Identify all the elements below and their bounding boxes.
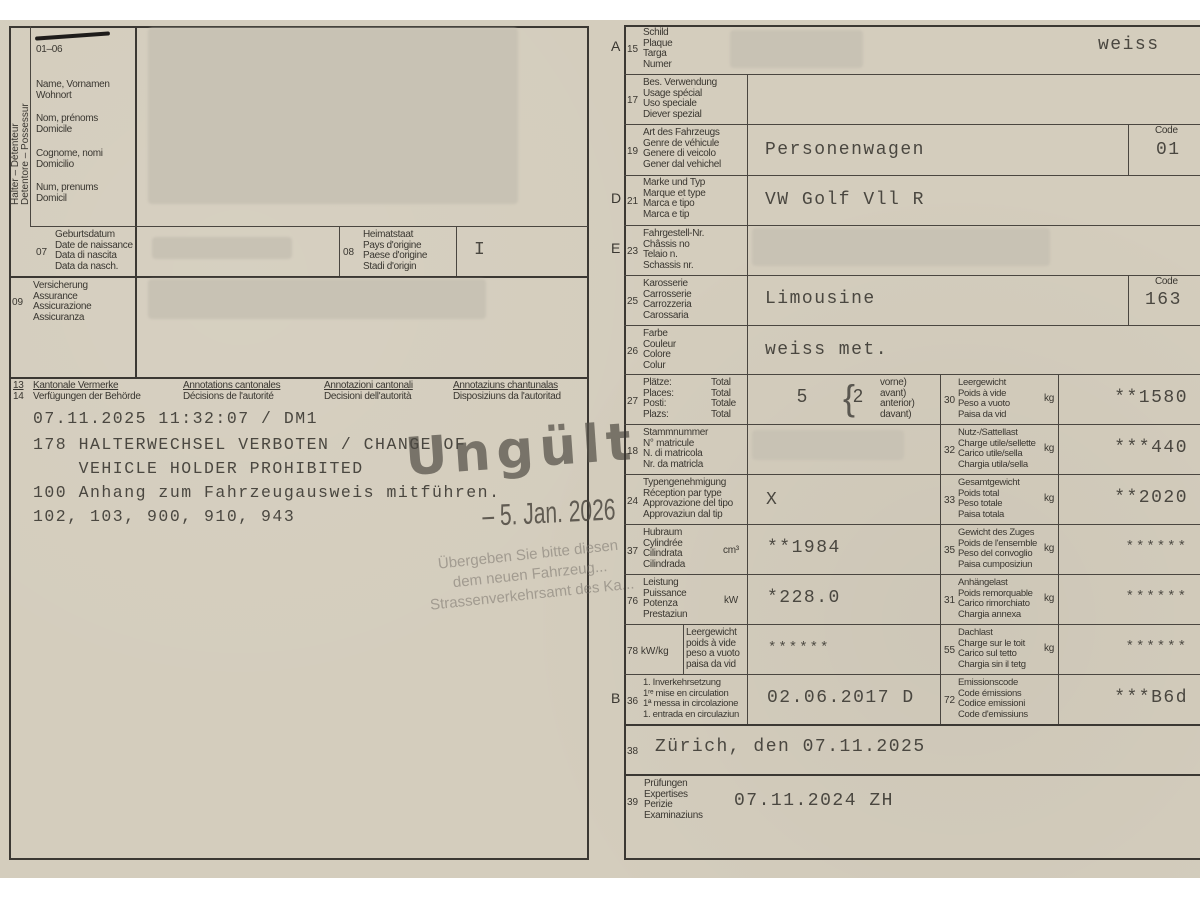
unit-label: kg [1044, 444, 1054, 455]
redacted-holder-name [148, 28, 518, 204]
field-code: 38 [627, 746, 638, 757]
field-code: 21 [627, 196, 638, 207]
inspections-value: 07.11.2024 ZH [734, 791, 894, 811]
birthdate-label: GeburtsdatumDate de naissance Data di na… [55, 230, 133, 272]
body-label: KarosserieCarrosserie CarrozzeriaCarossa… [643, 279, 691, 321]
divider [9, 276, 589, 278]
special-use-label: Bes. VerwendungUsage spécial Uso special… [643, 78, 717, 120]
annotation-header-fr: Annotations cantonalesDécisions de l'aut… [183, 381, 280, 402]
field-code: 19 [627, 146, 638, 157]
vehicle-type-value: Personenwagen [765, 140, 925, 160]
field-code: 25 [627, 296, 638, 307]
divider [624, 858, 1200, 860]
weight-field-label: EmissionscodeCode émissionsCodice emissi… [958, 678, 1028, 720]
redacted-chassis [752, 228, 1050, 266]
weight-field-value: ***440 [1114, 438, 1188, 458]
divider [9, 858, 589, 860]
weight-field-value: ****** [1126, 639, 1188, 655]
field-letter: B [611, 690, 620, 706]
divider [339, 226, 340, 276]
field-code: 35 [944, 545, 955, 556]
holder-side-label-it: Detentore – Possessur [21, 103, 31, 205]
divider [624, 25, 626, 860]
unit-label: kg [1044, 394, 1054, 405]
annotation-header-it: Annotazioni cantonaliDecisioni dell'auto… [324, 381, 413, 402]
type-approval-label: TypengenehmigungRéception par type Appro… [643, 478, 733, 520]
weight-field-value: **2020 [1114, 488, 1188, 508]
seats-total-label: TotalTotal TotaleTotal [711, 378, 736, 420]
field-code: 33 [944, 495, 955, 506]
redacted-birthdate [152, 237, 292, 259]
weight-field-label: DachlastCharge sur le toitCarico sul tet… [958, 628, 1026, 670]
chassis-label: Fahrgestell-Nr.Châssis no Telaio n.Schas… [643, 229, 704, 271]
annotation-line: 102, 103, 900, 910, 943 [33, 507, 295, 526]
divider [624, 25, 1200, 27]
field-code: 78 kW/kg [627, 646, 669, 657]
divider [30, 226, 588, 227]
seats-value: 5 [797, 386, 807, 407]
date-stamp: – 5. Jan. 2026 [482, 493, 616, 534]
annotation-line: 178 HALTERWECHSEL VERBOTEN / CHANGE OF [33, 435, 466, 454]
unit-label: kg [1044, 544, 1054, 555]
power-value: *228.0 [767, 588, 841, 608]
field-code: 26 [627, 346, 638, 357]
code-label: Code [1155, 277, 1178, 288]
field-letter: D [611, 190, 621, 206]
field-code: 32 [944, 445, 955, 456]
holder-label-rm: Num, prenumsDomicil [36, 183, 98, 204]
make-model-label: Marke und TypMarque et type Marca e tipo… [643, 178, 706, 220]
weight-field-label: AnhängelastPoids remorquableCarico rimor… [958, 578, 1033, 620]
origin-label: HeimatstaatPays d'origine Paese d'origin… [363, 230, 427, 272]
redacted-master-number [752, 430, 904, 460]
weight-field-value: **1580 [1114, 388, 1188, 408]
field-code: 72 [944, 695, 955, 706]
power-weight-label: Leergewichtpoids à vide peso a vuotopais… [686, 628, 740, 670]
color-value: weiss met. [765, 340, 888, 360]
first-registration-value: 02.06.2017 D [767, 688, 915, 708]
field-code: 39 [627, 797, 638, 808]
body-code: 163 [1145, 290, 1182, 310]
displacement-label: HubraumCylindrée CilindrataCilindrada [643, 528, 685, 570]
annotation-header-de: Kantonale VermerkeVerfügungen der Behörd… [33, 381, 141, 402]
field-code: 27 [627, 396, 638, 407]
divider [135, 26, 137, 377]
body-value: Limousine [765, 289, 876, 309]
annotation-line: 07.11.2025 11:32:07 / DM1 [33, 409, 318, 428]
weight-field-label: Nutz-/SattellastCharge utile/selletteCar… [958, 428, 1036, 470]
field-code: 31 [944, 595, 955, 606]
unit-label: kg [1044, 594, 1054, 605]
first-registration-label: 1. Inverkehrsetzung1ʳᵉ mise en circulati… [643, 678, 739, 720]
vehicle-type-label: Art des FahrzeugsGenre de véhicule Gener… [643, 128, 721, 170]
annotation-line: 100 Anhang zum Fahrzeugausweis mitführen… [33, 483, 500, 502]
weight-field-label: Gewicht des ZugesPoids de l'ensemblePeso… [958, 528, 1037, 570]
redacted-insurance [148, 279, 486, 319]
field-letter: E [611, 240, 620, 256]
insurance-label: VersicherungAssurance AssicurazioneAssic… [33, 281, 91, 323]
weight-field-label: LeergewichtPoids à videPeso a vuotoPaisa… [958, 378, 1010, 420]
field-code: 30 [944, 395, 955, 406]
front-seats-value: 2 [853, 386, 863, 407]
vehicle-type-code: 01 [1156, 140, 1181, 160]
holder-label-fr: Nom, prénomsDomicile [36, 114, 98, 135]
weight-field-label: GesamtgewichtPoids totalPeso totalePaisa… [958, 478, 1020, 520]
power-label: LeistungPuissance PotenzaPrestaziun [643, 578, 687, 620]
field-code: 23 [627, 246, 638, 257]
field-code: 18 [627, 446, 638, 457]
unit-label: kg [1044, 644, 1054, 655]
field-code: 09 [12, 297, 23, 308]
plate-label: SchildPlaque TargaNumer [643, 28, 672, 70]
section-label: 01–06 [36, 45, 62, 56]
field-code: 08 [343, 247, 354, 258]
field-code: 24 [627, 496, 638, 507]
field-code: 07 [36, 247, 47, 258]
unit-label: cm³ [723, 546, 739, 557]
redacted-plate [730, 30, 863, 68]
make-model-value: VW Golf Vll R [765, 190, 925, 210]
holder-label-de: Name, VornamenWohnort [36, 80, 110, 101]
type-approval-value: X [766, 490, 778, 510]
weight-field-value: ***B6d [1114, 688, 1188, 708]
plate-color-value: weiss [1098, 35, 1160, 55]
divider [456, 226, 457, 276]
front-seats-label: vorne)avant) anterior)davant) [880, 378, 915, 420]
displacement-value: **1984 [767, 538, 841, 558]
color-label: FarbeCouleur ColoreColur [643, 329, 676, 371]
field-letter: A [611, 38, 620, 54]
annotation-line: VEHICLE HOLDER PROHIBITED [33, 459, 364, 478]
seats-label: Plätze:Places: Posti:Plazs: [643, 378, 674, 420]
code-label: Code [1155, 126, 1178, 137]
field-code: 17 [627, 95, 638, 106]
power-weight-value: ****** [768, 640, 830, 656]
holder-label-it: Cognome, nomiDomicilio [36, 149, 103, 170]
field-code: 76 [627, 596, 638, 607]
unit-label: kg [1044, 494, 1054, 505]
master-number-label: StammnummerN° matricule N. di matricolaN… [643, 428, 708, 470]
annotation-header-rm: Annotaziuns chantunalasDisposiziuns da l… [453, 381, 561, 402]
origin-value: I [474, 240, 486, 260]
annotation-codes: 1314 [13, 381, 24, 402]
place-date-value: Zürich, den 07.11.2025 [655, 737, 926, 757]
weight-field-value: ****** [1126, 539, 1188, 555]
field-code: 37 [627, 546, 638, 557]
field-code: 36 [627, 696, 638, 707]
unit-label: kW [724, 596, 738, 607]
inspections-label: PrüfungenExpertises PerizieExaminaziuns [644, 779, 703, 821]
weight-field-value: ****** [1126, 589, 1188, 605]
field-code: 55 [944, 645, 955, 656]
field-code: 15 [627, 44, 638, 55]
divider [9, 377, 589, 379]
